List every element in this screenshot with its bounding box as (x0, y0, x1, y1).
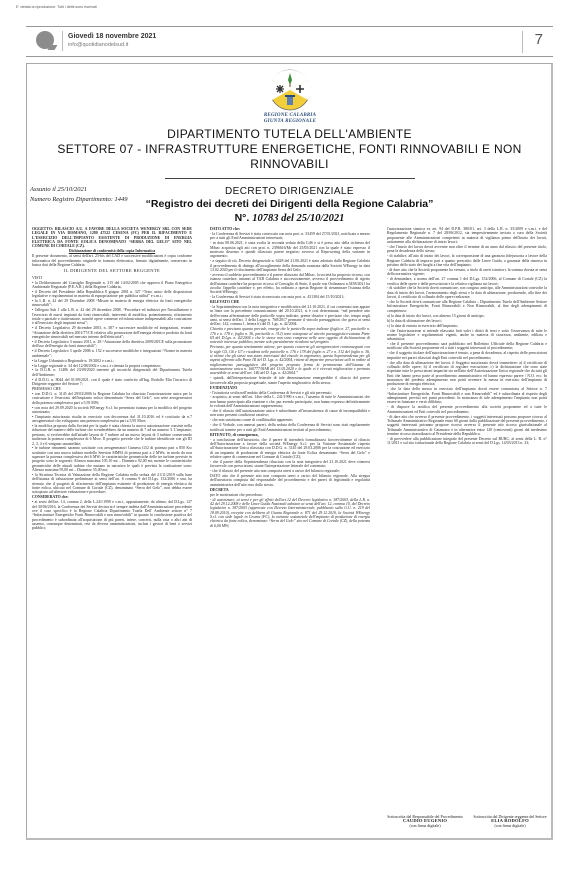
paragraph: - che la Società dovrà comunicare alla R… (387, 300, 547, 313)
paragraph: per le motivazioni che precedono: (210, 493, 370, 497)
paragraph: CONSIDERATO che: (32, 495, 192, 499)
paragraph: • la Struttura Tecnica di Valutazione de… (32, 473, 192, 495)
paragraph: - quindi, dall'interpretazione letterale… (210, 376, 370, 385)
paragraph: - di stabilire, all'atto di inizio dei l… (387, 254, 547, 267)
signature-sector-director: Sottoscritta dal Dirigente reggente del … (470, 815, 550, 828)
paragraph: - di dare atto che la Società proponente… (387, 268, 547, 277)
paragraph: • l'impianto autorizzato risulta in eser… (32, 415, 192, 424)
paragraph: - l'istruttoria svolta nell'ambito della… (210, 391, 370, 395)
paragraph: DATO ATTO che: (210, 227, 370, 231)
paragraph: - che l'inizio dei lavori dovrà avvenire… (387, 245, 547, 254)
paragraph: - a seguito di ciò, Decreto dirigenziale… (210, 259, 370, 272)
department-sector: SETTORE 07 - INFRASTRUTTURE ENERGETICHE,… (26, 142, 553, 156)
paragraph: c) la data di entrata in esercizio dell'… (387, 324, 547, 328)
paragraph: IL DIRIGENTE DEL SETTORE REGGENTE (32, 269, 192, 273)
paragraph: - che il presente provvedimento sarà pub… (387, 342, 547, 351)
divider (522, 31, 523, 53)
paragraph: Chiarito e precisato quanto precede, eme… (210, 327, 370, 344)
paragraph: • la Legge Urbanistica Regionale n. 19/2… (32, 359, 192, 363)
decree-number-prefix: N°. (235, 212, 250, 224)
paragraph: • con nota del 29.09.2020 la società WEn… (32, 406, 192, 415)
paragraph: • la D.G.R. n. 11486 del 23/09/2020 iner… (32, 368, 192, 377)
paragraph: - di dare atto che avverso il presente p… (387, 415, 547, 437)
contact-email[interactable]: info@quotidianodelsud.it (68, 42, 128, 48)
paragraph: Pertanto, per quanto strettamente attien… (210, 345, 370, 375)
paragraph: - che il Verbale, con annessi pareri, de… (210, 423, 370, 432)
decree-type: DECRETO DIRIGENZIALE (26, 186, 553, 197)
paragraph: l'autorizzazione sismica ex art. 94 del … (387, 227, 547, 244)
newspaper-logo-icon (36, 31, 54, 49)
department-name: DIPARTIMENTO TUTELA DELL'AMBIENTE (26, 127, 553, 141)
paragraph: • il D.D.G. n. 8044 del 01/09/2021, con … (32, 378, 192, 387)
paragraph: Il presente documento, ai sensi dell'art… (32, 254, 192, 267)
copyright-notice: E' vietata la riproduzione. Tutti i diri… (16, 5, 97, 9)
paragraph: - di stabilire che la Società dovrà comu… (387, 286, 547, 299)
decree-register-title: “Registro dei decreti dei Dirigenti dell… (26, 198, 553, 210)
paragraph: - che alla data di ultimazione dei lavor… (387, 361, 547, 387)
paragraph: - che il rilascio del presente atto non … (210, 469, 370, 473)
paragraph: • l'allegato Sub 1 alla L.R. n. 42 del 2… (32, 308, 192, 325)
paragraph: • le turbine rimanenti saranno sostituit… (32, 446, 192, 472)
decree-number: N°. 10783 del 25/10/2021 (26, 212, 553, 224)
paragraph: - che non sussistono cause di conflittua… (210, 418, 370, 422)
paragraph: VISTI (32, 276, 192, 280)
paragraph: - a conclusione dell'istruttoria, che il… (210, 438, 370, 460)
text-column-2: DATO ATTO che:- la Conferenza di Servizi… (210, 227, 370, 782)
paragraph: - la Conferenza di Servizi è stata ricon… (210, 295, 370, 299)
paragraph: • il Decreto del Presidente della Repubb… (32, 290, 192, 299)
paragraph: • il Decreto Legislativo 3 marzo 2011, n… (32, 340, 192, 349)
page-number: 7 (535, 31, 543, 48)
signature-note: (con firma digitale) (385, 824, 465, 828)
paragraph: - di demandare, a norma dell'art. 27 com… (387, 277, 547, 286)
paragraph: - che il parere della Soprintendenza ril… (210, 460, 370, 469)
decree-number-value: 10783 del 25/10/2021 (252, 213, 344, 224)
issue-date: Giovedì 18 novembre 2021 (68, 33, 156, 40)
divider (62, 31, 63, 51)
paragraph: • il Decreto Legislativo 29 dicembre 200… (32, 326, 192, 339)
paragraph: • la L.R. n. 42 del 29 Dicembre 2008 “Mi… (32, 299, 192, 308)
paragraph: - la Soprintendenza con la nota integrat… (210, 305, 370, 327)
paragraph: b) la data di ultimazione dei lavori; (387, 319, 547, 323)
paragraph: - di autorizzare, ai sensi e per gli eff… (210, 498, 370, 528)
paragraph: Dichiarazione di conformità della copia … (32, 249, 192, 253)
paragraph: • la Legge regionale n. 34 del 12/08/200… (32, 364, 192, 368)
crest-label-region: REGIONE CALABRIA (0, 113, 580, 118)
paragraph: EVIDENZIATO (210, 386, 370, 390)
paragraph: - di provvedere alla pubblicazione integ… (387, 437, 547, 446)
newspaper-masthead: Giovedì 18 novembre 2021 info@quotidiano… (26, 26, 553, 57)
text-column-1: OGGETTO: RILASCIO A.U. A FAVORE DELLA SO… (32, 227, 192, 782)
paragraph: • ai sensi dell'art. 14, comma 2, della … (32, 500, 192, 530)
paragraph: • con D.D.G. n. 3145 del 29/03/2006 la R… (32, 392, 192, 405)
regione-calabria-crest-icon (266, 68, 314, 112)
crest-label-giunta: GIUNTA REGIONALE (0, 119, 580, 124)
signature-procedure-manager: Sottoscritta dal Responsabile del Proced… (385, 815, 465, 828)
paragraph: DECRETA (210, 488, 370, 492)
paragraph: • la Deliberazione del Consiglio Regiona… (32, 281, 192, 290)
paragraph: DATO atto che il presente atto non compo… (210, 474, 370, 487)
paragraph: - che il rilascio dell'autorizzazione un… (210, 409, 370, 418)
paragraph: • la modifica proposta dalla Società per… (32, 424, 192, 446)
paragraph: - avverso il suddetto provvedimento e il… (210, 273, 370, 295)
signatures: Sottoscritta dal Responsabile del Proced… (385, 815, 550, 828)
paragraph: a) la data di inizio dei lavori, con alm… (387, 314, 547, 318)
paragraph: - in data 08.06.2021, è stata svolta la … (210, 241, 370, 258)
text-column-3: l'autorizzazione sismica ex art. 94 del … (387, 227, 547, 777)
paragraph: RILEVATO CHE (210, 300, 370, 304)
paragraph: - acquisito, ai sensi dell'art. 14ter de… (210, 395, 370, 408)
paragraph: - di disporre la notifica del presente p… (387, 405, 547, 414)
department-sector-cont: RINNOVABILI (26, 157, 553, 171)
paragraph: PREMESSO CHE (32, 387, 192, 391)
paragraph: - che la data della messa in esercizio d… (387, 387, 547, 404)
paragraph: OGGETTO: RILASCIO A.U. A FAVORE DELLA SO… (32, 227, 192, 249)
paragraph: RITENUTO, di conseguenza, (210, 433, 370, 437)
paragraph: • il Decreto Legislativo 3 aprile 2006 n… (32, 349, 192, 358)
title-divider (165, 178, 415, 179)
paragraph: - che l'autorizzazione si intende rilasc… (387, 329, 547, 342)
signature-note: (con firma digitale) (470, 824, 550, 828)
paragraph: - la Conferenza di Servizi è stata convo… (210, 232, 370, 241)
paragraph: - che il soggetto titolare dell'autorizz… (387, 351, 547, 360)
